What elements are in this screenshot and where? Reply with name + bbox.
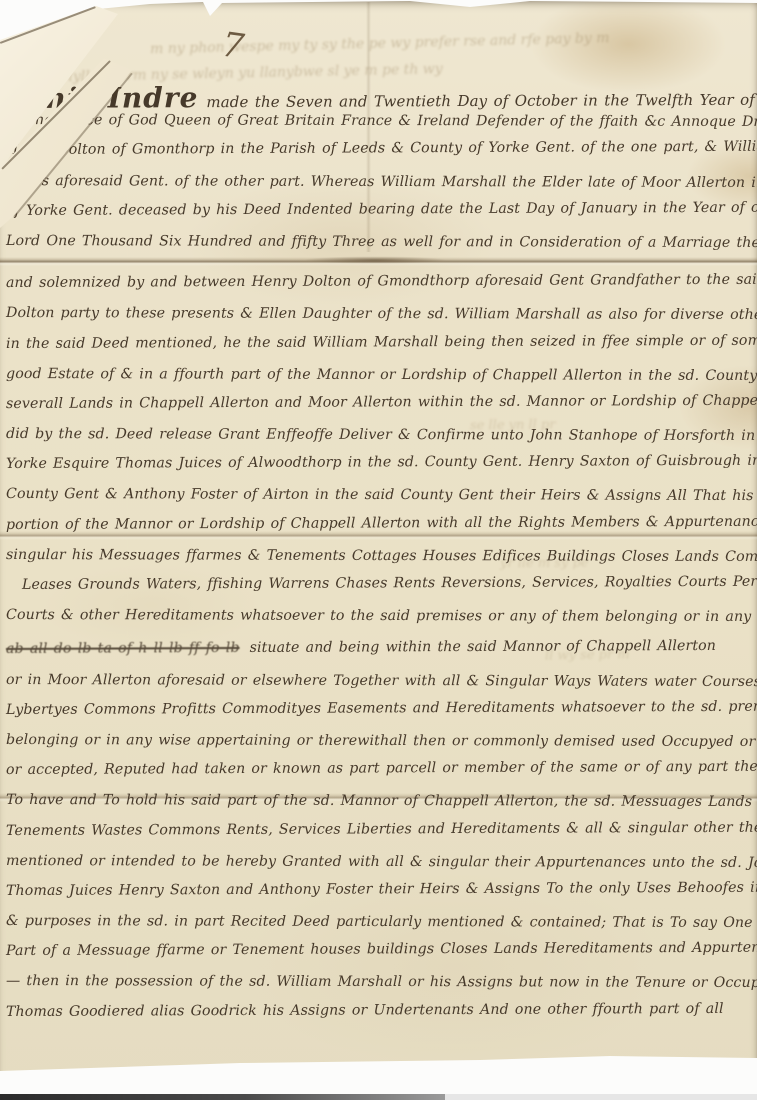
manuscript-line: Part of a Messuage ffarme or Tenement ho… xyxy=(6,940,757,973)
scan-edge-strip-light xyxy=(445,1094,757,1100)
manuscript-line: severall Lands in Chappell Allerton and … xyxy=(6,393,757,426)
manuscript-line: Lord One Thousand Six Hundred and ffifty… xyxy=(6,233,757,265)
opening-rest: made the Seven and Twentieth Day of Octo… xyxy=(206,89,757,111)
manuscript-line: Courts & other Hereditaments whatsoever … xyxy=(6,607,757,639)
struck-out-words: ab all do lb ta of h ll lb ff fo lb xyxy=(6,640,240,657)
manuscript-line: •This Indremade the Seven and Twentieth … xyxy=(6,79,757,112)
manuscript-line: ab all do lb ta of h ll lb ff fo lbsitua… xyxy=(6,638,757,671)
line-text: situate and being within the said Mannor… xyxy=(250,638,717,656)
scan-edge-strip-dark xyxy=(0,1094,445,1100)
scanned-document-page: m ny phon wespe my ty sy the pe wy prefe… xyxy=(0,0,757,1100)
manuscript-line: Thomas Juices Henry Saxton and Anthony F… xyxy=(6,880,757,913)
manuscript-line: Leases Grounds Waters, ffishing Warrens … xyxy=(6,574,757,607)
manuscript-line: Henry Dolton of Gmonthorp in the Parish … xyxy=(6,139,757,172)
manuscript-line: in the said Deed mentioned, he the said … xyxy=(6,332,757,365)
manuscript-line: of Yorke Gent. deceased by his Deed Inde… xyxy=(6,199,757,232)
manuscript-line: and solemnized by and between Henry Dolt… xyxy=(6,272,757,305)
manuscript-line: or accepted, Reputed had taken or known … xyxy=(6,759,757,792)
opening-words: This Indre xyxy=(24,81,199,115)
manuscript-lines: •This Indremade the Seven and Twentieth … xyxy=(6,82,757,1034)
manuscript-line: Lybertyes Commons Profitts Commodityes E… xyxy=(6,698,757,731)
manuscript-line: Yorke Esquire Thomas Juices of Alwoodtho… xyxy=(6,453,757,486)
manuscript-line: portion of the Mannor or Lordship of Cha… xyxy=(6,513,757,546)
manuscript-line: Thomas Goodiered alias Goodrick his Assi… xyxy=(6,1000,757,1033)
manuscript-line: Tenements Wastes Commons Rents, Services… xyxy=(6,819,757,852)
